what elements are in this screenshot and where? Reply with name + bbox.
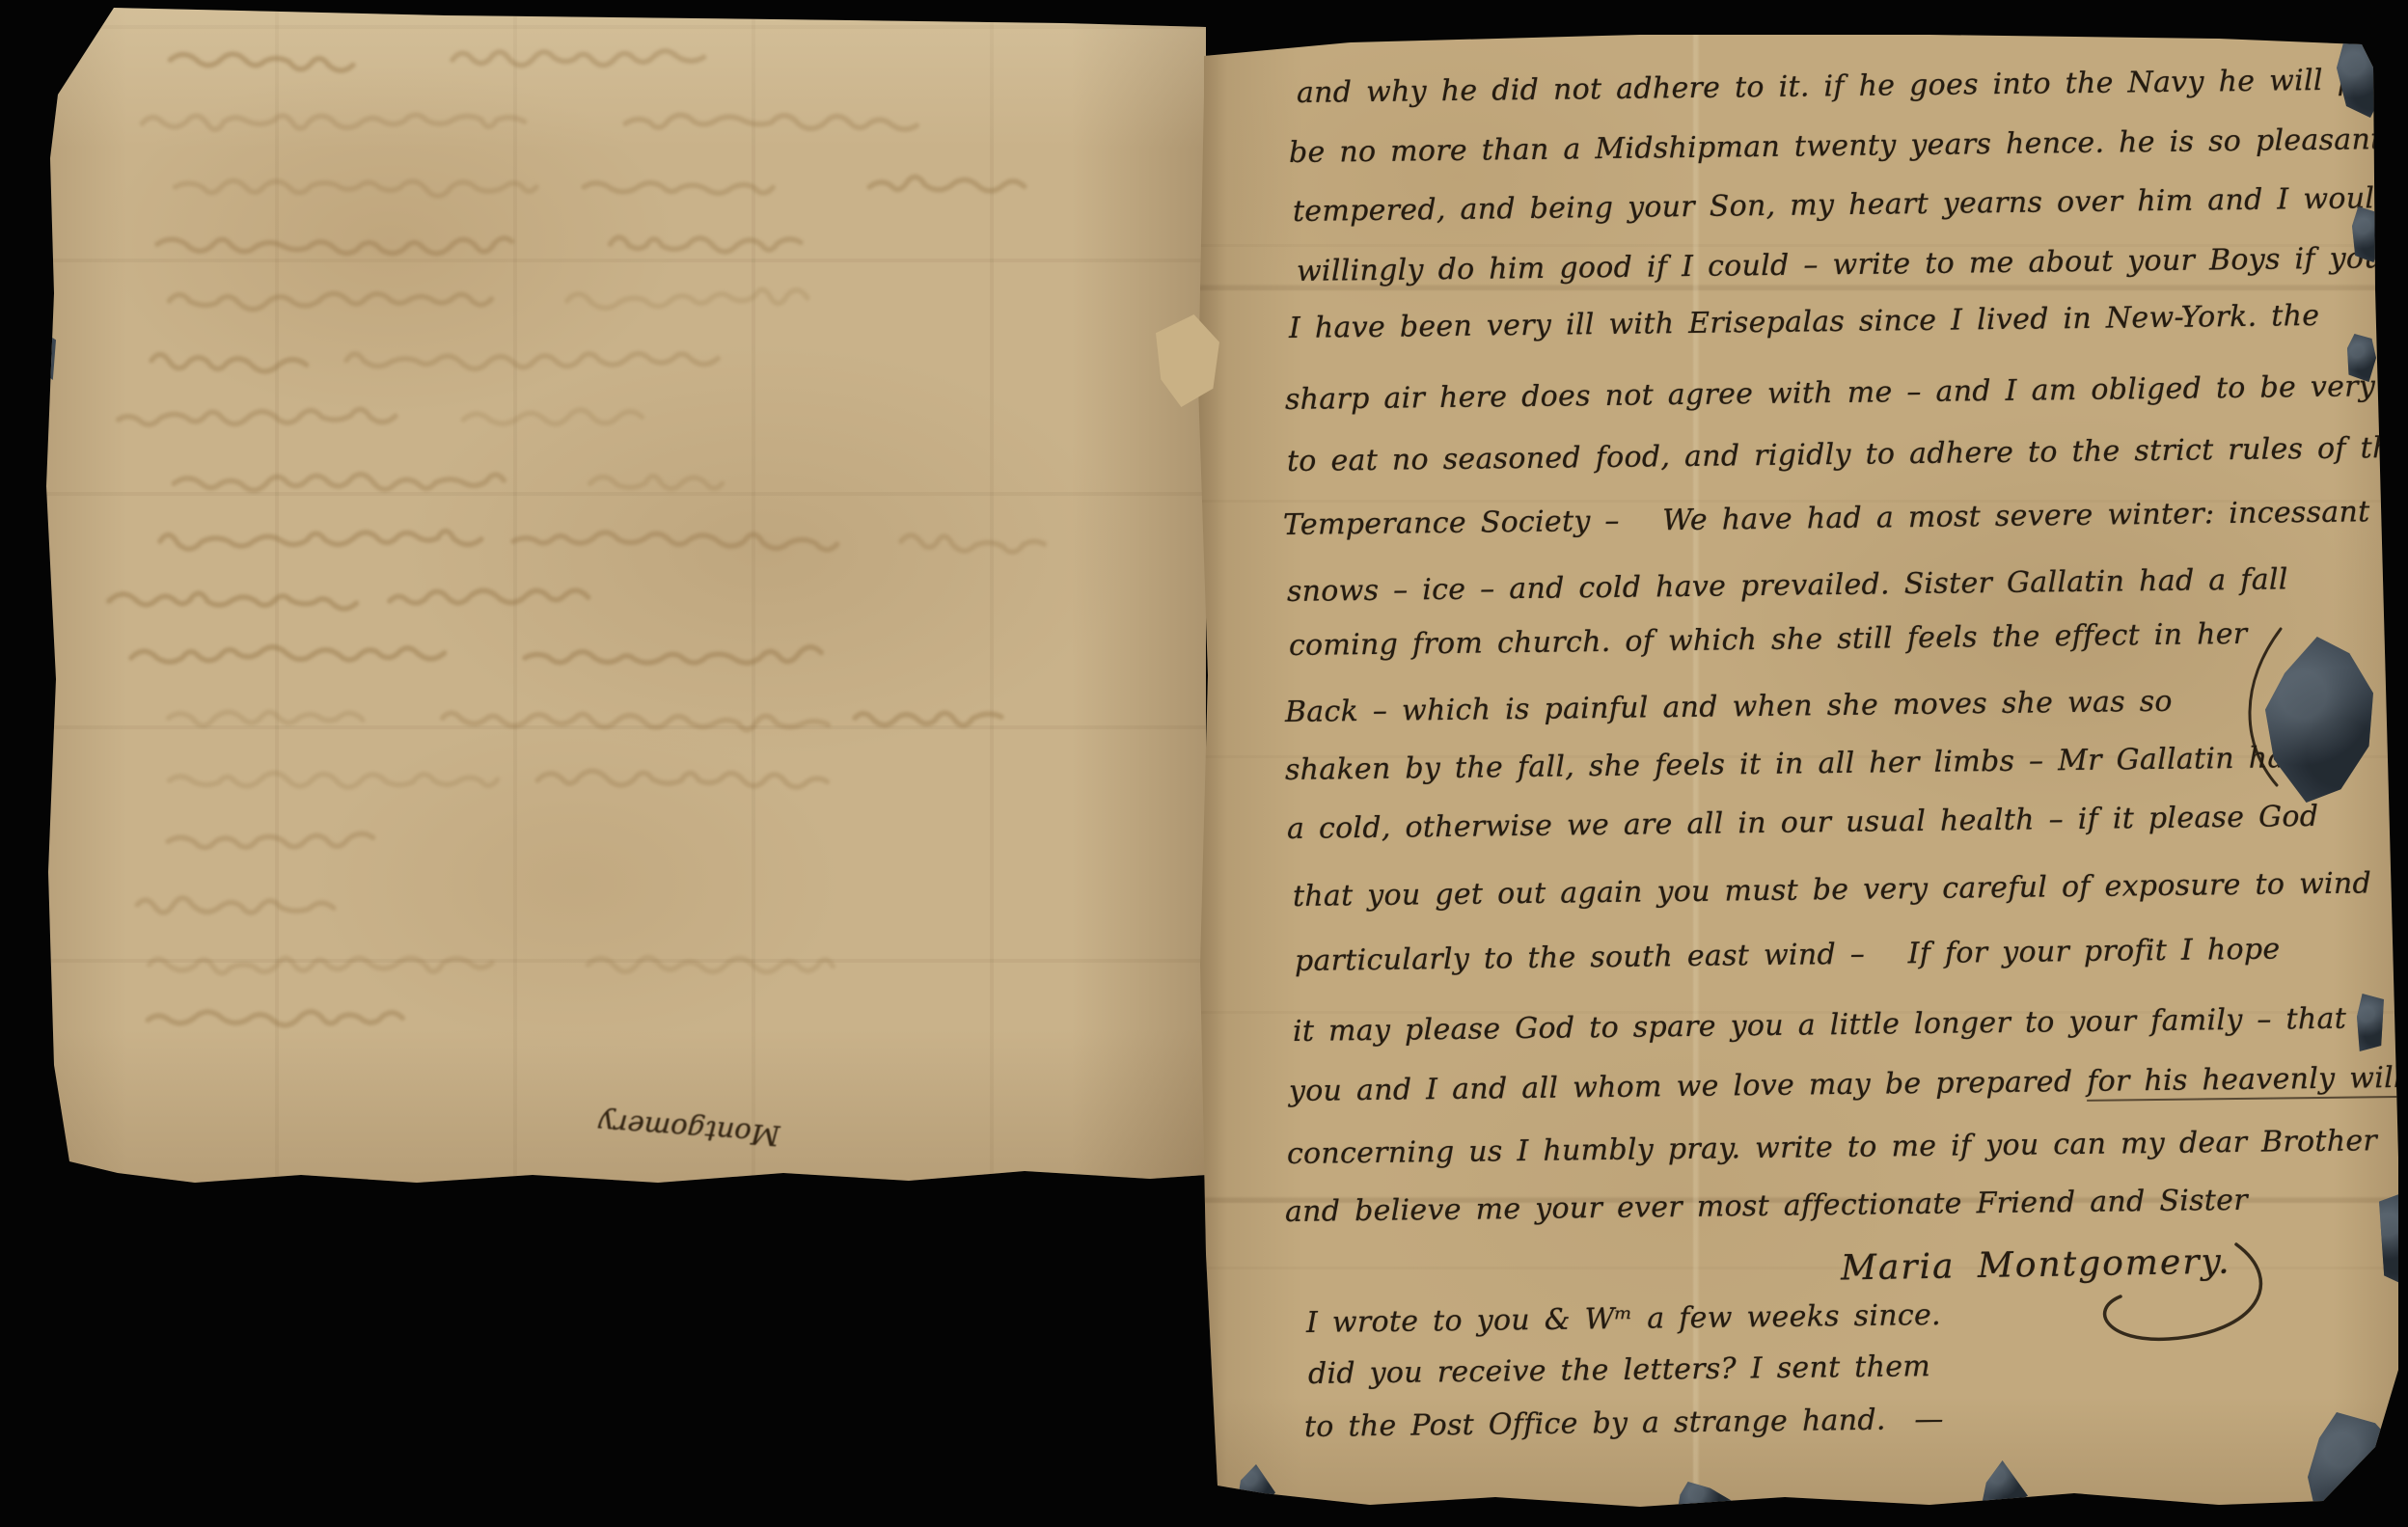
letter-line: willingly do him good if I could – write… <box>1297 240 2408 295</box>
damage-patch <box>2352 206 2383 262</box>
letter-line: coming from church. of which she still f… <box>1289 617 2248 669</box>
letter-line: it may please God to spare you a little … <box>1293 1002 2347 1055</box>
scan-background: Montgomery and why he did not adhere to … <box>0 0 2408 1527</box>
letter-line: a cold, otherwise we are all in our usua… <box>1287 800 2319 853</box>
damage-patch <box>2379 1192 2404 1285</box>
damage-patch <box>1677 1482 1733 1514</box>
damage-patch <box>1982 1460 2028 1505</box>
letter-line: snows – ice – and cold have prevailed. S… <box>1287 562 2288 615</box>
letter-line: Back – which is painful and when she mov… <box>1285 685 2173 736</box>
damage-patch <box>2357 994 2384 1051</box>
letter-line: I have been very ill with Erisepalas sin… <box>1289 299 2320 352</box>
letter-line: I wrote to you & Wᵐ a few weeks since. <box>1306 1298 1941 1347</box>
damage-patch <box>2337 35 2385 118</box>
letter-line: concerning us I humbly pray. write to me… <box>1287 1124 2378 1178</box>
letter-line: that you get out again you must be very … <box>1293 866 2372 920</box>
letter-line: you and I and all whom we love may be pr… <box>1289 1061 2403 1115</box>
letter-line: tempered, and being your Son, my heart y… <box>1293 181 2394 235</box>
letter-line: shaken by the fall, she feels it in all … <box>1285 741 2301 794</box>
signature: Maria Montgomery. <box>1841 1241 2231 1288</box>
letter-line: did you receive the letters? I sent them <box>1308 1350 1931 1398</box>
letter-line: to the Post Office by a strange hand. — <box>1304 1403 1944 1451</box>
bleedthrough-writing <box>41 4 1206 1192</box>
letter-line: and believe me your ever most affectiona… <box>1285 1184 2248 1236</box>
letter-line: Temperance Society – We have had a most … <box>1283 495 2370 549</box>
letter-line: to eat no seasoned food, and rigidly to … <box>1287 431 2408 485</box>
left-page: Montgomery <box>41 4 1206 1192</box>
letter-line: be no more than a Midshipman twenty year… <box>1289 123 2383 177</box>
damage-patch <box>1237 1464 1275 1505</box>
letter-line: and why he did not adhere to it. if he g… <box>1297 62 2408 117</box>
damage-speck <box>41 1115 53 1158</box>
letter-line: sharp air here does not agree with me – … <box>1285 368 2408 423</box>
right-page: and why he did not adhere to it. if he g… <box>1192 27 2400 1522</box>
letter-line: particularly to the south east wind – If… <box>1295 933 2281 985</box>
damage-patch <box>2308 1412 2404 1520</box>
